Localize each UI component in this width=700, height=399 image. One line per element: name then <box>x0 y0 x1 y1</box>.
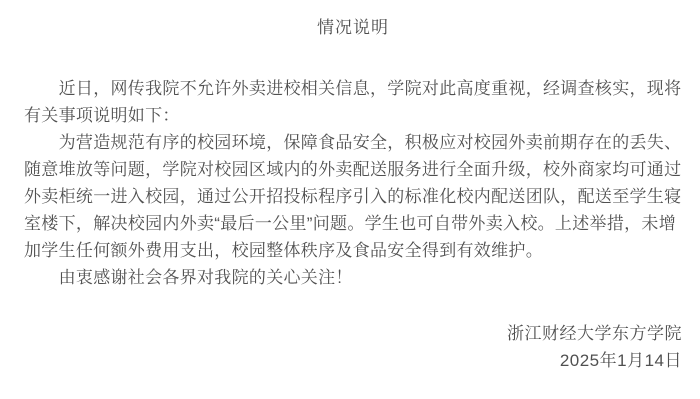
document-title: 情况说明 <box>24 14 682 41</box>
body-line: 随意堆放等问题，学院对校园区域内的外卖配送服务进行全面升级，校外商家均可通过 <box>24 156 682 183</box>
date: 2025年1月14日 <box>24 347 682 374</box>
signature: 浙江财经大学东方学院 <box>24 320 682 347</box>
body-line: 为营造规范有序的校园环境，保障食品安全，积极应对校园外卖前期存在的丢失、 <box>24 129 682 156</box>
body-line: 室楼下，解决校园内外卖“最后一公里”问题。学生也可自带外卖入校。上述举措，未增 <box>24 210 682 237</box>
body-line: 由衷感谢社会各界对我院的关心关注！ <box>24 264 682 291</box>
body-line: 外卖柜统一进入校园，通过公开招投标程序引入的标准化校内配送团队，配送至学生寝 <box>24 183 682 210</box>
body-line: 加学生任何额外费用支出，校园整体秩序及食品安全得到有效维护。 <box>24 237 682 264</box>
announcement-page: 情况说明 近日，网传我院不允许外卖进校相关信息，学院对此高度重视，经调查核实，现… <box>0 0 700 399</box>
body-line: 有关事项说明如下： <box>24 102 682 129</box>
body-line: 近日，网传我院不允许外卖进校相关信息，学院对此高度重视，经调查核实，现将 <box>24 75 682 102</box>
document-body: 近日，网传我院不允许外卖进校相关信息，学院对此高度重视，经调查核实，现将 有关事… <box>24 75 682 291</box>
signature-block: 浙江财经大学东方学院 2025年1月14日 <box>24 320 682 374</box>
